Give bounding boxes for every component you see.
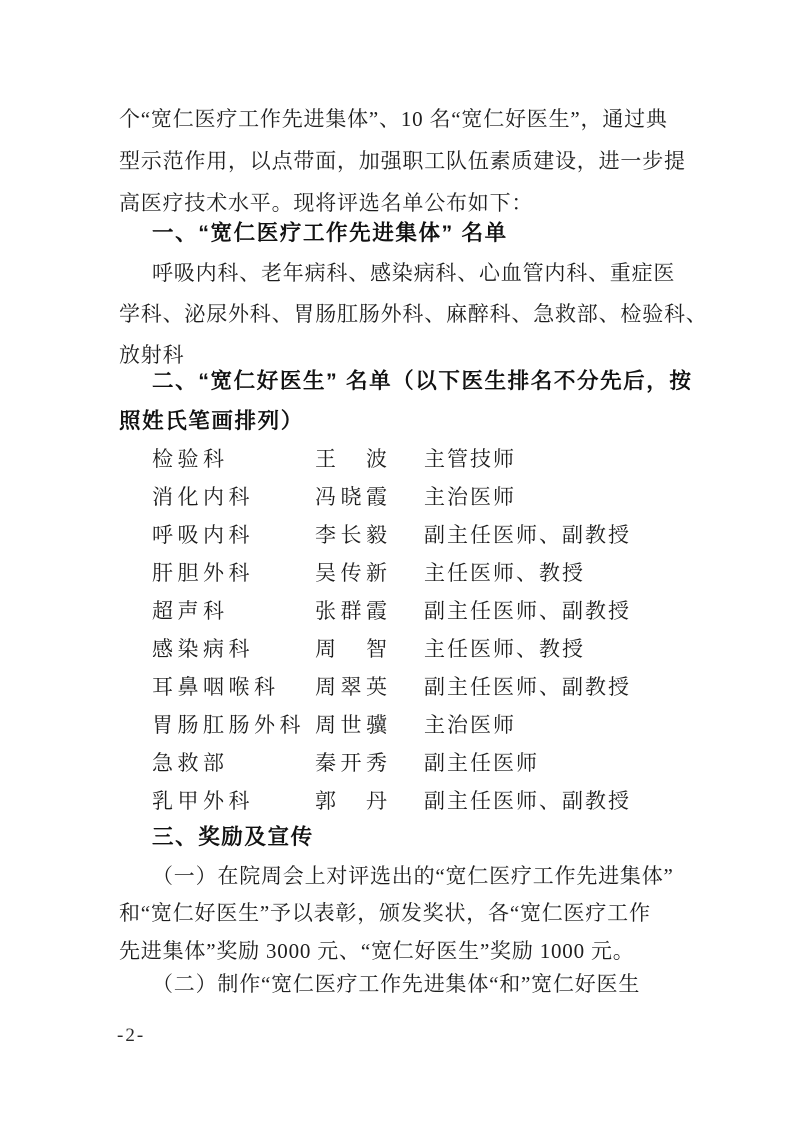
doctor-department: 感染病科	[152, 634, 254, 664]
document-page: 个“宽仁医疗工作先进集体”、10 名“宽仁好医生”，通过典 型示范作用，以点带面…	[0, 0, 800, 1131]
doctor-row: 检验科 王 波 主管技师	[0, 444, 800, 474]
doctor-title: 主治医师	[424, 710, 516, 740]
doctor-name: 王 波	[315, 444, 392, 474]
doctor-title: 主管技师	[424, 444, 516, 474]
doctor-department: 耳鼻咽喉科	[152, 672, 280, 702]
doctor-title: 副主任医师、副教授	[424, 596, 631, 626]
doctor-title: 主治医师	[424, 482, 516, 512]
page-number: -2-	[117, 1024, 145, 1048]
section1-line: 呼吸内科、老年病科、感染病科、心血管内科、重症医	[152, 258, 675, 288]
doctor-title: 副主任医师、副教授	[424, 520, 631, 550]
doctor-row: 感染病科 周 智 主任医师、教授	[0, 634, 800, 664]
section3-para2-line: （二）制作“宽仁医疗工作先进集体“和”宽仁好医生	[152, 969, 640, 999]
doctor-name: 李长毅	[315, 520, 392, 550]
doctor-title: 副主任医师、副教授	[424, 786, 631, 816]
doctor-department: 检验科	[152, 444, 229, 474]
doctor-row: 呼吸内科 李长毅 副主任医师、副教授	[0, 520, 800, 550]
doctor-department: 乳甲外科	[152, 786, 254, 816]
doctor-name: 秦开秀	[315, 748, 392, 778]
section3-heading: 三、奖励及宣传	[152, 822, 314, 852]
doctor-row: 消化内科 冯晓霞 主治医师	[0, 482, 800, 512]
doctor-department: 消化内科	[152, 482, 254, 512]
doctor-department: 超声科	[152, 596, 229, 626]
doctor-name: 郭 丹	[315, 786, 392, 816]
section3-para1-line: （一）在院周会上对评选出的“宽仁医疗工作先进集体”	[152, 861, 674, 891]
doctor-row: 胃肠肛肠外科 周世骥 主治医师	[0, 710, 800, 740]
doctor-department: 急救部	[152, 748, 229, 778]
section1-line: 学科、泌尿外科、胃肠肛肠外科、麻醉科、急救部、检验科、	[119, 299, 708, 329]
doctor-name: 张群霞	[315, 596, 392, 626]
doctor-department: 呼吸内科	[152, 520, 254, 550]
doctor-row: 急救部 秦开秀 副主任医师	[0, 748, 800, 778]
section3-para1-line: 和“宽仁好医生”予以表彰，颁发奖状，各“宽仁医疗工作	[119, 898, 651, 928]
section1-heading: 一、“宽仁医疗工作先进集体” 名单	[152, 218, 508, 248]
intro-line: 高医疗技术水平。现将评选名单公布如下：	[119, 188, 533, 218]
section2-heading-line: 二、“宽仁好医生” 名单（以下医生排名不分先后，按	[152, 366, 692, 396]
doctor-name: 周翠英	[315, 672, 392, 702]
section3-para1-line: 先进集体”奖励 3000 元、“宽仁好医生”奖励 1000 元。	[119, 936, 635, 966]
doctor-title: 主任医师、教授	[424, 634, 585, 664]
doctor-name: 吴传新	[315, 558, 392, 588]
doctor-department: 肝胆外科	[152, 558, 254, 588]
doctor-row: 超声科 张群霞 副主任医师、副教授	[0, 596, 800, 626]
intro-line: 型示范作用，以点带面，加强职工队伍素质建设，进一步提	[119, 146, 686, 176]
section2-heading-line: 照姓氏笔画排列）	[119, 406, 304, 436]
doctor-title: 副主任医师	[424, 748, 539, 778]
doctor-title: 副主任医师、副教授	[424, 672, 631, 702]
doctor-row: 耳鼻咽喉科 周翠英 副主任医师、副教授	[0, 672, 800, 702]
doctor-department: 胃肠肛肠外科	[152, 710, 305, 740]
intro-line: 个“宽仁医疗工作先进集体”、10 名“宽仁好医生”，通过典	[119, 104, 668, 134]
doctor-name: 冯晓霞	[315, 482, 392, 512]
doctor-name: 周 智	[315, 634, 392, 664]
doctor-name: 周世骥	[315, 710, 392, 740]
doctor-row: 肝胆外科 吴传新 主任医师、教授	[0, 558, 800, 588]
doctor-row: 乳甲外科 郭 丹 副主任医师、副教授	[0, 786, 800, 816]
doctor-title: 主任医师、教授	[424, 558, 585, 588]
